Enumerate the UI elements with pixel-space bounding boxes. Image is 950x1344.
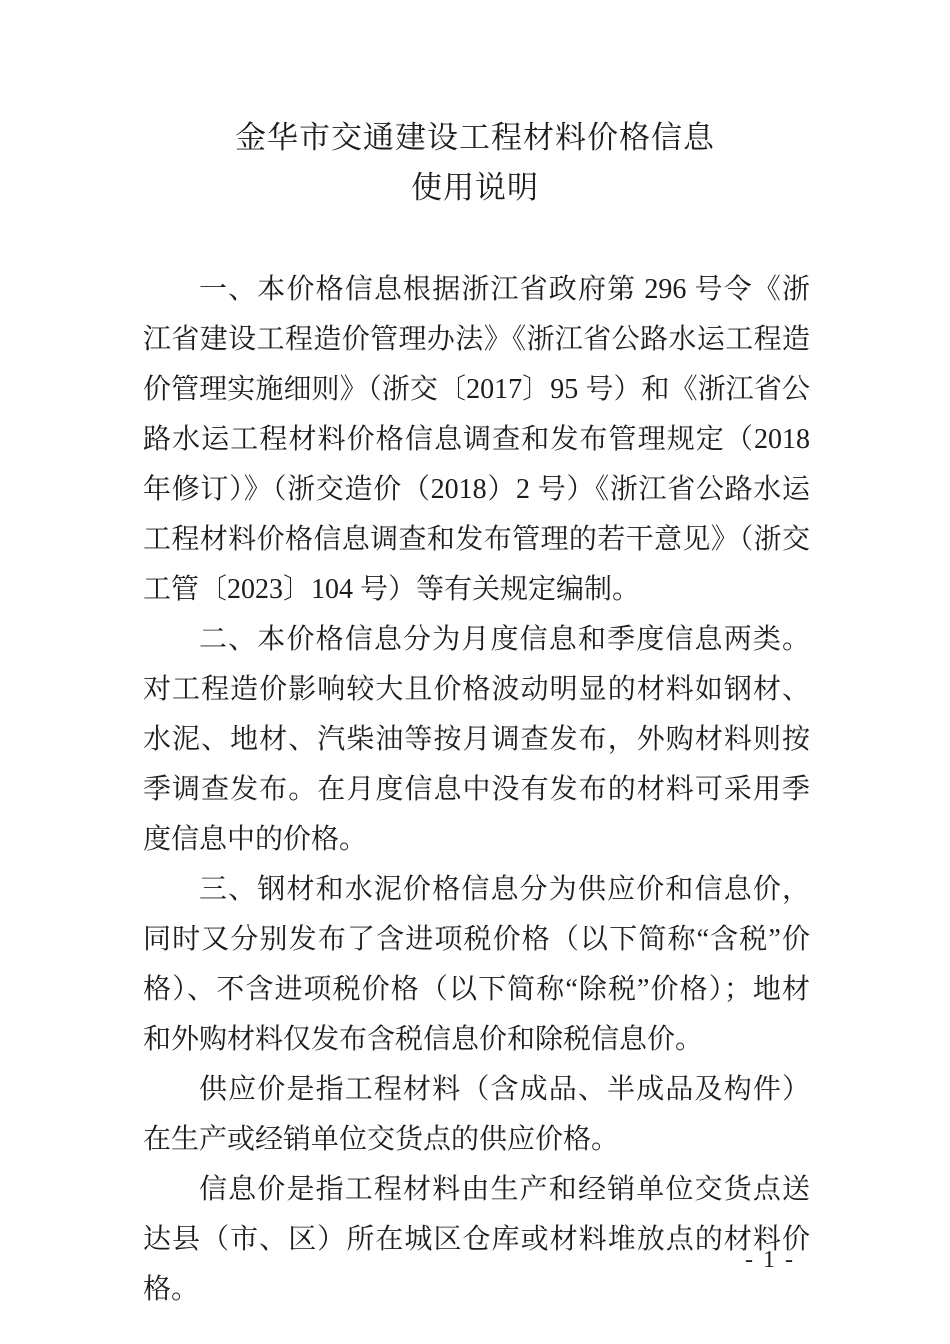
paragraph-2: 二、本价格信息分为月度信息和季度信息两类。对工程造价影响较大且价格波动明显的材料… — [143, 615, 810, 865]
title-line-1: 金华市交通建设工程材料价格信息 — [0, 113, 950, 163]
paragraph-5: 信息价是指工程材料由生产和经销单位交货点送达县（市、区）所在城区仓库或材料堆放点… — [143, 1165, 810, 1315]
paragraph-4: 供应价是指工程材料（含成品、半成品及构件）在生产或经销单位交货点的供应价格。 — [143, 1065, 810, 1165]
paragraph-1: 一、本价格信息根据浙江省政府第 296 号令《浙江省建设工程造价管理办法》《浙江… — [143, 265, 810, 615]
document-body: 一、本价格信息根据浙江省政府第 296 号令《浙江省建设工程造价管理办法》《浙江… — [143, 265, 810, 1315]
document-title: 金华市交通建设工程材料价格信息 使用说明 — [0, 113, 950, 213]
document-page: 金华市交通建设工程材料价格信息 使用说明 一、本价格信息根据浙江省政府第 296… — [0, 0, 950, 1344]
paragraph-3: 三、钢材和水泥价格信息分为供应价和信息价，同时又分别发布了含进项税价格（以下简称… — [143, 865, 810, 1065]
page-number: - 1 - — [745, 1248, 795, 1272]
title-line-2: 使用说明 — [0, 163, 950, 213]
